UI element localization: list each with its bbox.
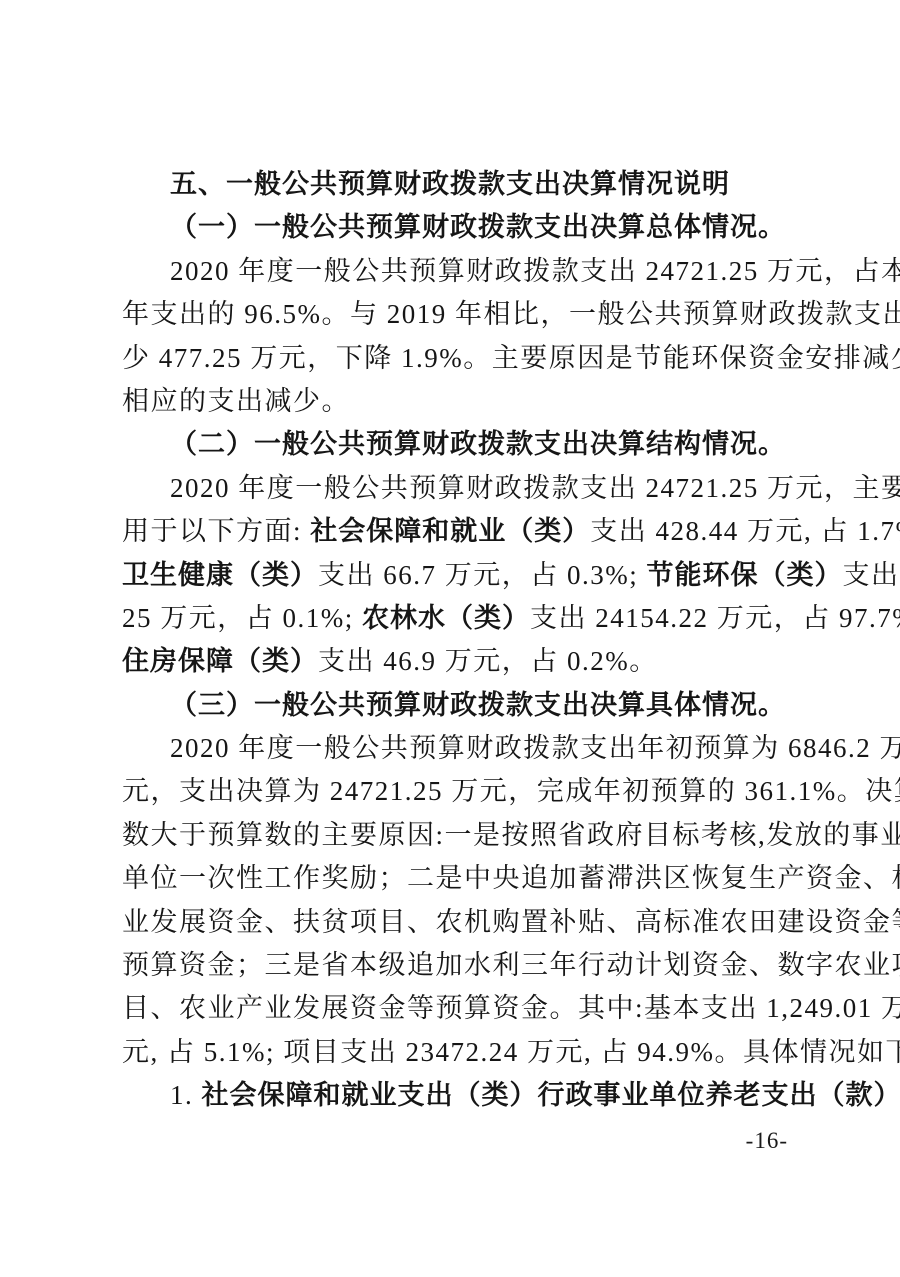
para-overview-line-3: 少 477.25 万元，下降 1.9%。主要原因是节能环保资金安排减少， (122, 337, 802, 380)
paragraph-text: 单位一次性工作奖励；二是中央追加蓄滞洪区恢复生产资金、林 (122, 863, 900, 893)
document-page: 五、一般公共预算财政拨款支出决算情况说明 （一）一般公共预算财政拨款支出决算总体… (0, 0, 900, 1277)
category-health-label: 卫生健康（类） (122, 560, 318, 590)
category-social-security-label: 社会保障和就业（类） (310, 516, 590, 546)
para-detail-line-8: 元, 占 5.1%; 项目支出 23472.24 万元, 占 94.9%。具体情… (122, 1031, 802, 1074)
item-title: 社会保障和就业支出（类）行政事业单位养老支出（款） (202, 1080, 900, 1110)
paragraph-text: 年支出的 96.5%。与 2019 年相比，一般公共预算财政拨款支出减 (122, 299, 900, 329)
para-detail-line-6: 预算资金；三是省本级追加水利三年行动计划资金、数字农业项 (122, 944, 802, 987)
subheading-structure: （二）一般公共预算财政拨款支出决算结构情况。 (122, 423, 802, 466)
para-structure-line-1: 2020 年度一般公共预算财政拨款支出 24721.25 万元，主要 (122, 467, 802, 510)
paragraph-text: 用于以下方面: (122, 516, 310, 546)
item-1-heading: 1. 社会保障和就业支出（类）行政事业单位养老支出（款） (122, 1074, 802, 1117)
para-overview-line-2: 年支出的 96.5%。与 2019 年相比，一般公共预算财政拨款支出减 (122, 293, 802, 336)
paragraph-text: 2020 年度一般公共预算财政拨款支出 24721.25 万元，主要 (170, 473, 900, 503)
para-detail-line-5: 业发展资金、扶贫项目、农机购置补贴、高标准农田建设资金等 (122, 901, 802, 944)
paragraph-text: 支出 (843, 560, 900, 590)
para-overview-line-1: 2020 年度一般公共预算财政拨款支出 24721.25 万元，占本 (122, 250, 802, 293)
heading-section-5: 五、一般公共预算财政拨款支出决算情况说明 (122, 163, 802, 206)
paragraph-text: 2020 年度一般公共预算财政拨款支出年初预算为 6846.2 万 (170, 733, 900, 763)
document-body: 五、一般公共预算财政拨款支出决算情况说明 （一）一般公共预算财政拨款支出决算总体… (122, 163, 802, 1118)
paragraph-text: 元, 占 5.1%; 项目支出 23472.24 万元, 占 94.9%。具体情… (122, 1037, 900, 1067)
paragraph-text: 2020 年度一般公共预算财政拨款支出 24721.25 万元，占本 (170, 256, 900, 286)
paragraph-text: 数大于预算数的主要原因:一是按照省政府目标考核,发放的事业 (122, 820, 900, 850)
para-structure-line-2: 用于以下方面: 社会保障和就业（类）支出 428.44 万元, 占 1.7%; (122, 510, 802, 553)
para-structure-line-5: 住房保障（类）支出 46.9 万元，占 0.2%。 (122, 640, 802, 683)
paragraph-text: 支出 46.9 万元，占 0.2%。 (318, 646, 658, 676)
para-detail-line-1: 2020 年度一般公共预算财政拨款支出年初预算为 6846.2 万 (122, 727, 802, 770)
paragraph-text: 业发展资金、扶贫项目、农机购置补贴、高标准农田建设资金等 (122, 907, 900, 937)
paragraph-text: 支出 66.7 万元，占 0.3%; (318, 560, 647, 590)
para-detail-line-4: 单位一次性工作奖励；二是中央追加蓄滞洪区恢复生产资金、林 (122, 857, 802, 900)
category-agriculture-water-label: 农林水（类） (362, 603, 530, 633)
subheading-text: （一）一般公共预算财政拨款支出决算总体情况。 (170, 212, 786, 242)
para-structure-line-4: 25 万元，占 0.1%; 农林水（类）支出 24154.22 万元，占 97.… (122, 597, 802, 640)
item-number: 1. (170, 1080, 202, 1110)
subheading-overview: （一）一般公共预算财政拨款支出决算总体情况。 (122, 206, 802, 249)
category-energy-conservation-label: 节能环保（类） (647, 560, 843, 590)
subheading-detail: （三）一般公共预算财政拨款支出决算具体情况。 (122, 684, 802, 727)
heading-text: 五、一般公共预算财政拨款支出决算情况说明 (170, 169, 730, 199)
para-detail-line-3: 数大于预算数的主要原因:一是按照省政府目标考核,发放的事业 (122, 814, 802, 857)
para-structure-line-3: 卫生健康（类）支出 66.7 万元，占 0.3%; 节能环保（类）支出 (122, 554, 802, 597)
paragraph-text: 支出 24154.22 万元，占 97.7%; (530, 603, 900, 633)
paragraph-text: 25 万元，占 0.1%; (122, 603, 362, 633)
subheading-text: （二）一般公共预算财政拨款支出决算结构情况。 (170, 429, 786, 459)
paragraph-text: 相应的支出减少。 (122, 386, 350, 416)
page-number: -16- (746, 1126, 788, 1156)
para-detail-line-7: 目、农业产业发展资金等预算资金。其中:基本支出 1,249.01 万 (122, 987, 802, 1030)
paragraph-text: 元，支出决算为 24721.25 万元，完成年初预算的 361.1%。决算 (122, 776, 900, 806)
subheading-text: （三）一般公共预算财政拨款支出决算具体情况。 (170, 690, 786, 720)
paragraph-text: 预算资金；三是省本级追加水利三年行动计划资金、数字农业项 (122, 950, 900, 980)
paragraph-text: 支出 428.44 万元, 占 1.7%; (590, 516, 900, 546)
paragraph-text: 少 477.25 万元，下降 1.9%。主要原因是节能环保资金安排减少， (122, 343, 900, 373)
paragraph-text: 目、农业产业发展资金等预算资金。其中:基本支出 1,249.01 万 (122, 993, 900, 1023)
category-housing-label: 住房保障（类） (122, 646, 318, 676)
para-overview-line-4: 相应的支出减少。 (122, 380, 802, 423)
para-detail-line-2: 元，支出决算为 24721.25 万元，完成年初预算的 361.1%。决算 (122, 770, 802, 813)
